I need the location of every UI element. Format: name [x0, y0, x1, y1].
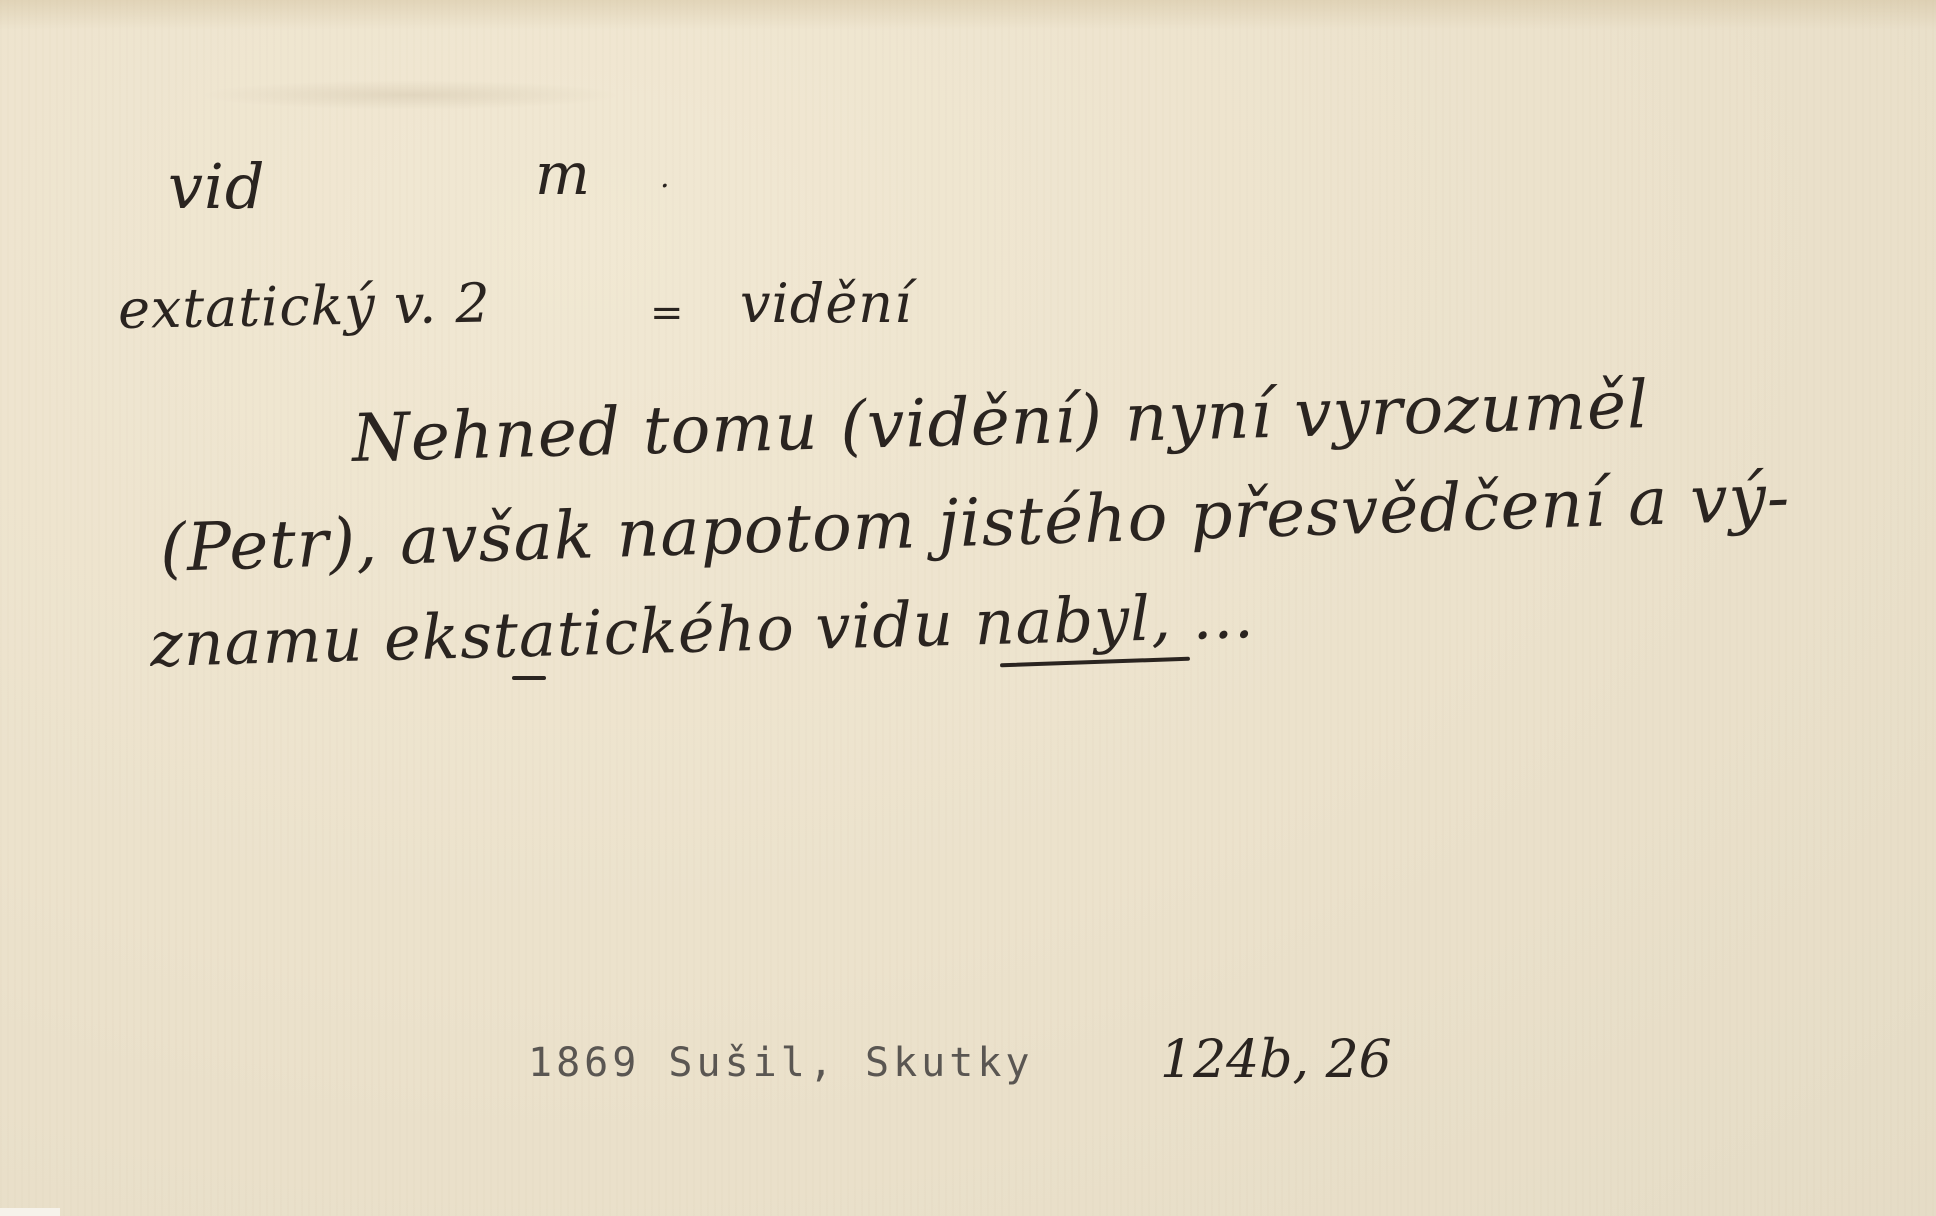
sense-label: extatický v. 2 [117, 272, 491, 341]
paper-smudge [200, 80, 620, 110]
citation-line-2: (Petr), avšak napotom jistého přesvědčen… [159, 459, 1792, 587]
grammatical-gender: m [535, 140, 591, 208]
equals-sign: = [650, 290, 685, 336]
citation-line-3: znamu ekstatického vidu nabyl, ... [149, 579, 1255, 681]
citation-line-1: Nehned tomu (vidění) nyní vyrozuměl [351, 366, 1650, 477]
headword: vid [168, 150, 266, 223]
card-corner [0, 1208, 60, 1216]
source-typed: 1869 Sušil, Skutky [528, 1040, 1033, 1086]
source-page-reference: 124b, 26 [1160, 1030, 1392, 1090]
underline-ks [512, 676, 546, 680]
sense-gloss: vidění [740, 272, 912, 335]
gender-dot: . [660, 160, 671, 195]
underline-headword-occurrence [1000, 657, 1190, 668]
lexicon-card: vid m . extatický v. 2 = vidění Nehned t… [0, 0, 1936, 1216]
